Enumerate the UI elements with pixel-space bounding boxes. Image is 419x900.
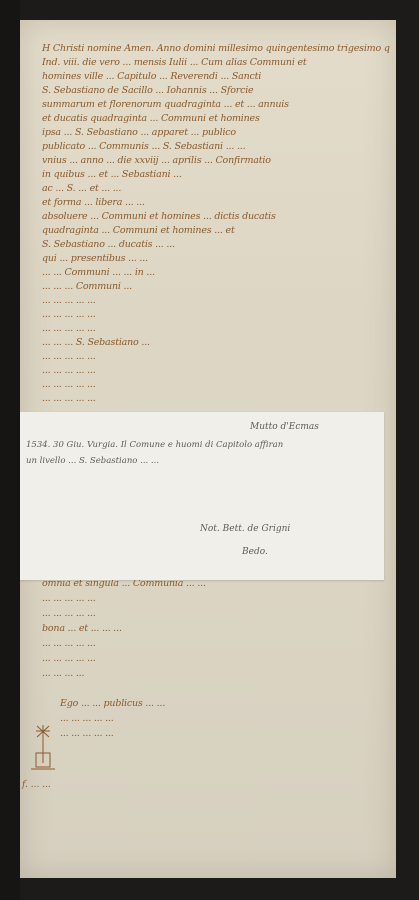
manuscript-line: et ducatis quadraginta ... Communi et ho… — [42, 112, 390, 126]
manuscript-line: quadraginta ... Communi et homines ... e… — [42, 224, 390, 238]
manuscript-line: ... ... ... ... ... — [42, 322, 390, 336]
manuscript-line: qui ... presentibus ... ... — [42, 252, 390, 266]
note-line-1: 1534. 30 Giu. Vurgia. Il Comune e huomi … — [26, 440, 283, 450]
manuscript-line: ... ... ... ... ... — [42, 378, 390, 392]
notary-sign-icon — [28, 723, 58, 783]
manuscript-line: ... ... ... ... ... — [42, 294, 390, 308]
manuscript-line: ... ... ... ... ... — [42, 308, 390, 322]
manuscript-line: S. Sebastiano ... ducatis ... ... — [42, 238, 390, 252]
manuscript-line: ... ... ... Communi ... — [42, 280, 390, 294]
note-signature-notary: Not. Bett. de Grigni — [200, 524, 290, 534]
manuscript-line: ... ... ... ... ... — [42, 350, 390, 364]
manuscript-line: H Christi nomine Amen. Anno domini mille… — [42, 42, 390, 56]
note-signature-short: Bedo. — [242, 547, 268, 557]
manuscript-line: in quibus ... et ... Sebastiani ... — [42, 168, 390, 182]
manuscript-line: et forma ... libera ... ... — [42, 196, 390, 210]
manuscript-line: ... ... ... ... ... — [60, 712, 390, 726]
note-header: Mutto d'Ecmas — [250, 422, 319, 432]
scan-frame-left — [0, 0, 20, 900]
manuscript-line: vnius ... anno ... die xxviij ... aprili… — [42, 154, 390, 168]
manuscript-line: summarum et florenorum quadraginta ... e… — [42, 98, 390, 112]
note-line-2: un livello ... S. Sebastiano ... ... — [26, 456, 159, 466]
manuscript-line: ... ... ... S. Sebastiano ... — [42, 336, 390, 350]
manuscript-line: ... ... ... ... ... — [42, 592, 390, 606]
manuscript-line: ... ... Communi ... ... in ... — [42, 266, 390, 280]
manuscript-line: ... ... ... ... ... — [60, 727, 390, 741]
manuscript-line: Ego ... ... publicus ... ... — [60, 697, 390, 711]
manuscript-line: S. Sebastiano de Sacillo ... Iohannis ..… — [42, 84, 390, 98]
manuscript-line: ac ... S. ... et ... ... — [42, 182, 390, 196]
manuscript-line: homines ville ... Capitulo ... Reverendi… — [42, 70, 390, 84]
manuscript-line: publicato ... Communis ... S. Sebastiani… — [42, 140, 390, 154]
manuscript-line: ... ... ... ... ... — [42, 392, 390, 406]
manuscript-line: absoluere ... Communi et homines ... dic… — [42, 210, 390, 224]
manuscript-line: ... ... ... ... ... — [42, 652, 390, 666]
manuscript-line: ... ... ... ... ... — [42, 607, 390, 621]
manuscript-line: ipsa ... S. Sebastiano ... apparet ... p… — [42, 126, 390, 140]
manuscript-line: ... ... ... ... — [42, 667, 390, 681]
manuscript-line: ... ... ... ... ... — [42, 364, 390, 378]
manuscript-line: bona ... et ... ... ... — [42, 622, 390, 636]
archival-note-slip: Mutto d'Ecmas 1534. 30 Giu. Vurgia. Il C… — [20, 412, 384, 580]
manuscript-line: ... ... ... ... ... — [42, 637, 390, 651]
manuscript-line: Ind. viii. die vero ... mensis Iulii ...… — [42, 56, 390, 70]
folio-mark: f. ... ... — [22, 780, 51, 790]
